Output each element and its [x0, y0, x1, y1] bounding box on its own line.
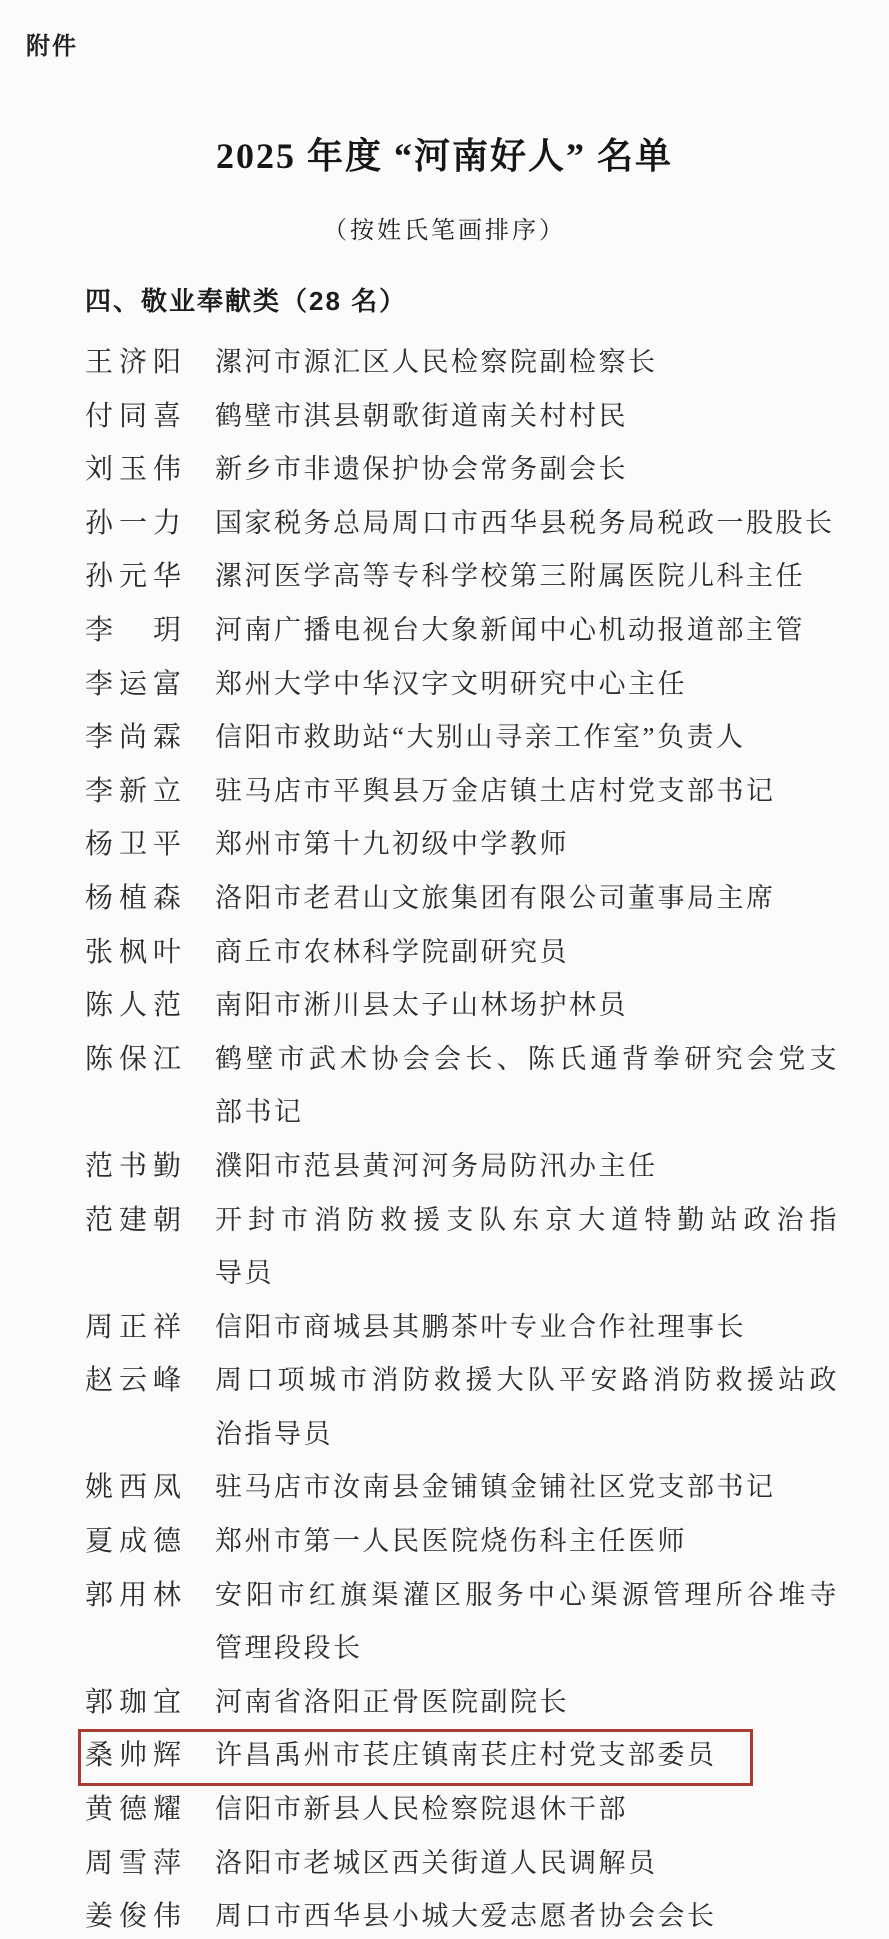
role-line: 郑州市第一人民医院烧伤科主任医师	[215, 1515, 839, 1569]
person-role: 鹤壁市淇县朝歌街道南关村村民	[215, 390, 839, 444]
person-role: 驻马店市汝南县金铺镇金铺社区党支部书记	[215, 1461, 839, 1515]
person-role: 商丘市农林科学院副研究员	[215, 926, 839, 980]
person-name: 李新立	[85, 765, 181, 819]
person-name: 周正祥	[85, 1301, 181, 1355]
role-line: 驻马店市平舆县万金店镇土店村党支部书记	[215, 765, 839, 819]
role-line: 郑州市第十九初级中学教师	[215, 818, 839, 872]
person-role: 鹤壁市武术协会会长、陈氏通背拳研究会党支部书记	[215, 1033, 839, 1140]
role-line: 河南广播电视台大象新闻中心机动报道部主管	[215, 604, 839, 658]
list-entry: 陈保江鹤壁市武术协会会长、陈氏通背拳研究会党支部书记	[85, 1033, 855, 1140]
role-line: 鹤壁市淇县朝歌街道南关村村民	[215, 390, 839, 444]
person-role: 濮阳市范县黄河河务局防汛办主任	[215, 1140, 839, 1194]
role-line: 商丘市农林科学院副研究员	[215, 926, 839, 980]
person-role: 新乡市非遗保护协会常务副会长	[215, 443, 839, 497]
person-name: 付同喜	[85, 390, 181, 444]
person-role: 洛阳市老城区西关街道人民调解员	[215, 1837, 839, 1891]
person-name: 张枫叶	[85, 926, 181, 980]
list-entry: 夏成德郑州市第一人民医院烧伤科主任医师	[85, 1515, 855, 1569]
list-entry: 姜俊伟周口市西华县小城大爱志愿者协会会长	[85, 1890, 855, 1939]
person-name: 赵云峰	[85, 1354, 181, 1408]
person-role: 周口市西华县小城大爱志愿者协会会长	[215, 1890, 839, 1939]
person-role: 国家税务总局周口市西华县税务局税政一股股长	[215, 497, 839, 551]
person-role: 开封市消防救援支队东京大道特勤站政治指导员	[215, 1194, 839, 1301]
role-line: 治指导员	[215, 1408, 839, 1462]
person-name: 夏成德	[85, 1515, 181, 1569]
role-line: 漯河医学高等专科学校第三附属医院儿科主任	[215, 550, 839, 604]
role-line: 洛阳市老君山文旅集团有限公司董事局主席	[215, 872, 839, 926]
role-line: 安阳市红旗渠灌区服务中心渠源管理所谷堆寺	[215, 1569, 839, 1623]
person-role: 郑州大学中华汉字文明研究中心主任	[215, 658, 839, 712]
person-name: 杨卫平	[85, 818, 181, 872]
person-name: 黄德耀	[85, 1783, 181, 1837]
list-entry: 范书勤濮阳市范县黄河河务局防汛办主任	[85, 1140, 855, 1194]
page-title: 2025 年度 “河南好人” 名单	[0, 128, 889, 179]
person-role: 信阳市商城县其鹏茶叶专业合作社理事长	[215, 1301, 839, 1355]
list-entry: 周雪萍洛阳市老城区西关街道人民调解员	[85, 1837, 855, 1891]
person-role: 郑州市第一人民医院烧伤科主任医师	[215, 1515, 839, 1569]
person-name: 郭用林	[85, 1569, 181, 1623]
attachment-label: 附件	[26, 26, 78, 61]
person-name: 孙一力	[85, 497, 181, 551]
person-name: 刘玉伟	[85, 443, 181, 497]
role-line: 导员	[215, 1247, 839, 1301]
person-role: 许昌禹州市苌庄镇南苌庄村党支部委员	[215, 1729, 839, 1783]
role-line: 漯河市源汇区人民检察院副检察长	[215, 336, 839, 390]
person-name: 周雪萍	[85, 1837, 181, 1891]
list-entry: 付同喜鹤壁市淇县朝歌街道南关村村民	[85, 390, 855, 444]
person-name: 李运富	[85, 658, 181, 712]
list-entry: 刘玉伟新乡市非遗保护协会常务副会长	[85, 443, 855, 497]
list-entry: 张枫叶商丘市农林科学院副研究员	[85, 926, 855, 980]
list-entry: 陈人范南阳市淅川县太子山林场护林员	[85, 979, 855, 1033]
role-line: 河南省洛阳正骨医院副院长	[215, 1676, 839, 1730]
list-entry: 赵云峰周口项城市消防救援大队平安路消防救援站政治指导员	[85, 1354, 855, 1461]
list-entry: 杨植森洛阳市老君山文旅集团有限公司董事局主席	[85, 872, 855, 926]
role-line: 周口市西华县小城大爱志愿者协会会长	[215, 1890, 839, 1939]
list-entry: 郭用林安阳市红旗渠灌区服务中心渠源管理所谷堆寺管理段段长	[85, 1569, 855, 1676]
person-name: 王济阳	[85, 336, 181, 390]
person-name: 陈保江	[85, 1033, 181, 1087]
person-name: 范建朝	[85, 1194, 181, 1248]
person-name: 姜俊伟	[85, 1890, 181, 1939]
list-entry: 李尚霖信阳市救助站“大别山寻亲工作室”负责人	[85, 711, 855, 765]
list-entry: 范建朝开封市消防救援支队东京大道特勤站政治指导员	[85, 1194, 855, 1301]
list-entry: 孙一力国家税务总局周口市西华县税务局税政一股股长	[85, 497, 855, 551]
person-name: 孙元华	[85, 550, 181, 604]
role-line: 洛阳市老城区西关街道人民调解员	[215, 1837, 839, 1891]
role-line: 国家税务总局周口市西华县税务局税政一股股长	[215, 497, 839, 551]
person-role: 信阳市新县人民检察院退休干部	[215, 1783, 839, 1837]
person-role: 河南广播电视台大象新闻中心机动报道部主管	[215, 604, 839, 658]
list-entry: 李新立驻马店市平舆县万金店镇土店村党支部书记	[85, 765, 855, 819]
person-role: 漯河市源汇区人民检察院副检察长	[215, 336, 839, 390]
role-line: 信阳市新县人民检察院退休干部	[215, 1783, 839, 1837]
role-line: 周口项城市消防救援大队平安路消防救援站政	[215, 1354, 839, 1408]
role-line: 信阳市救助站“大别山寻亲工作室”负责人	[215, 711, 839, 765]
list-entry: 李玥河南广播电视台大象新闻中心机动报道部主管	[85, 604, 855, 658]
person-role: 驻马店市平舆县万金店镇土店村党支部书记	[215, 765, 839, 819]
list-entry: 桑帅辉许昌禹州市苌庄镇南苌庄村党支部委员	[85, 1729, 855, 1783]
person-role: 信阳市救助站“大别山寻亲工作室”负责人	[215, 711, 839, 765]
role-line: 濮阳市范县黄河河务局防汛办主任	[215, 1140, 839, 1194]
role-line: 新乡市非遗保护协会常务副会长	[215, 443, 839, 497]
role-line: 管理段段长	[215, 1622, 839, 1676]
person-role: 郑州市第十九初级中学教师	[215, 818, 839, 872]
list-entry: 杨卫平郑州市第十九初级中学教师	[85, 818, 855, 872]
role-line: 部书记	[215, 1086, 839, 1140]
person-role: 安阳市红旗渠灌区服务中心渠源管理所谷堆寺管理段段长	[215, 1569, 839, 1676]
person-role: 南阳市淅川县太子山林场护林员	[215, 979, 839, 1033]
list-entry: 李运富郑州大学中华汉字文明研究中心主任	[85, 658, 855, 712]
person-name: 郭珈宜	[85, 1676, 181, 1730]
section-heading: 四、敬业奉献类（28 名）	[85, 281, 407, 318]
person-name: 桑帅辉	[85, 1729, 181, 1783]
person-role: 河南省洛阳正骨医院副院长	[215, 1676, 839, 1730]
list-entry: 黄德耀信阳市新县人民检察院退休干部	[85, 1783, 855, 1837]
list-entry: 周正祥信阳市商城县其鹏茶叶专业合作社理事长	[85, 1301, 855, 1355]
role-line: 郑州大学中华汉字文明研究中心主任	[215, 658, 839, 712]
list-entry: 孙元华漯河医学高等专科学校第三附属医院儿科主任	[85, 550, 855, 604]
role-line: 驻马店市汝南县金铺镇金铺社区党支部书记	[215, 1461, 839, 1515]
person-name: 姚西凤	[85, 1461, 181, 1515]
page-subtitle: （按姓氏笔画排序）	[0, 210, 889, 245]
person-name: 杨植森	[85, 872, 181, 926]
role-line: 许昌禹州市苌庄镇南苌庄村党支部委员	[215, 1729, 839, 1783]
entries-list: 王济阳漯河市源汇区人民检察院副检察长付同喜鹤壁市淇县朝歌街道南关村村民刘玉伟新乡…	[85, 336, 855, 1939]
person-role: 漯河医学高等专科学校第三附属医院儿科主任	[215, 550, 839, 604]
role-line: 开封市消防救援支队东京大道特勤站政治指	[215, 1194, 839, 1248]
list-entry: 郭珈宜河南省洛阳正骨医院副院长	[85, 1676, 855, 1730]
person-name: 李玥	[85, 604, 181, 658]
person-name: 陈人范	[85, 979, 181, 1033]
person-name: 李尚霖	[85, 711, 181, 765]
person-role: 洛阳市老君山文旅集团有限公司董事局主席	[215, 872, 839, 926]
person-role: 周口项城市消防救援大队平安路消防救援站政治指导员	[215, 1354, 839, 1461]
list-entry: 姚西凤驻马店市汝南县金铺镇金铺社区党支部书记	[85, 1461, 855, 1515]
role-line: 鹤壁市武术协会会长、陈氏通背拳研究会党支	[215, 1033, 839, 1087]
person-name: 范书勤	[85, 1140, 181, 1194]
role-line: 信阳市商城县其鹏茶叶专业合作社理事长	[215, 1301, 839, 1355]
list-entry: 王济阳漯河市源汇区人民检察院副检察长	[85, 336, 855, 390]
role-line: 南阳市淅川县太子山林场护林员	[215, 979, 839, 1033]
